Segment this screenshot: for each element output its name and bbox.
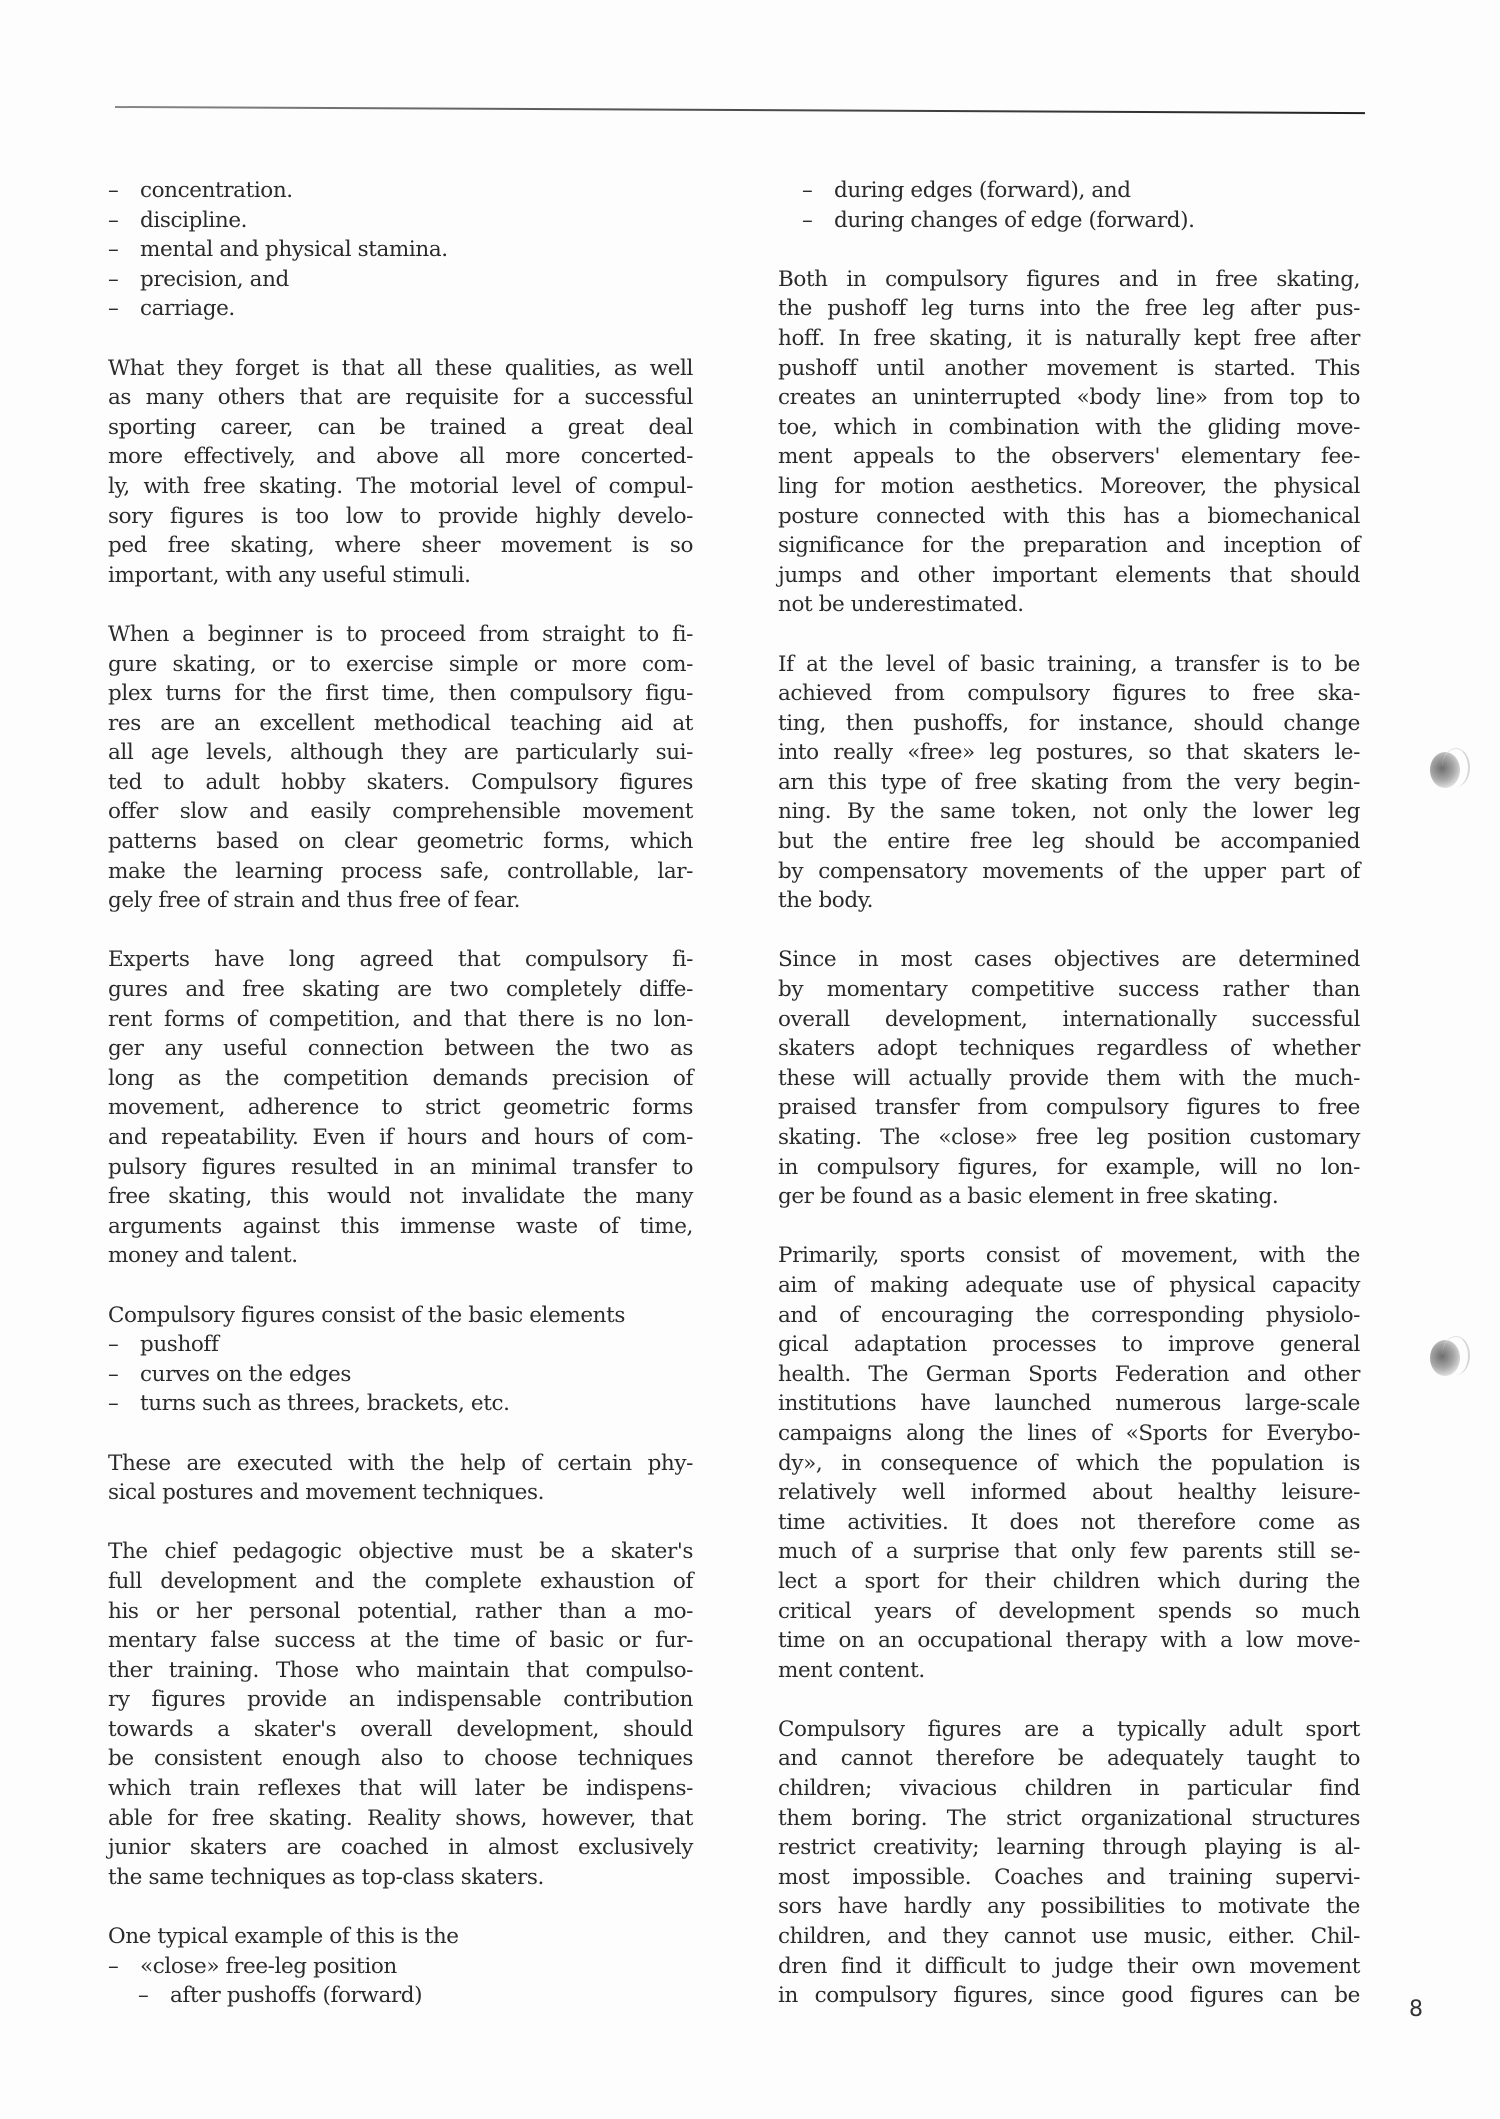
example-sublist: –after pushoffs (forward) [108, 1981, 693, 2011]
dash-bullet: – [108, 176, 140, 206]
dash-bullet: – [138, 1981, 170, 2011]
paragraph-pedagogic-objective: The chief pedagogic objective must be a … [108, 1537, 693, 1892]
list-item: –turns such as threes, brackets, etc. [108, 1389, 693, 1419]
paragraph-basic-elements: Compulsory figures consist of the basic … [108, 1301, 693, 1419]
paragraph-beginner: When a beginner is to proceed from strai… [108, 620, 693, 916]
dash-bullet: – [108, 235, 140, 265]
example-list: –«close» free-leg position [108, 1952, 693, 1982]
page-number: 8 [1409, 1997, 1423, 2022]
list-item: –during changes of edge (forward). [778, 206, 1360, 236]
dash-bullet: – [802, 206, 834, 236]
paragraph-pushoff-leg: Both in compulsory figures and in free s… [778, 265, 1360, 620]
dash-bullet: – [108, 1330, 140, 1360]
list-item: –curves on the edges [108, 1360, 693, 1390]
paragraph-executed: These are executed with the help of cert… [108, 1449, 693, 1508]
paragraph-objectives: Since in most cases objectives are deter… [778, 945, 1360, 1211]
example-sublist-continued: –during edges (forward), and –during cha… [778, 176, 1360, 235]
dash-bullet: – [108, 265, 140, 295]
elements-list: –pushoff –curves on the edges –turns suc… [108, 1330, 693, 1419]
paragraph-experts: Experts have long agreed that compulsory… [108, 945, 693, 1271]
list-item: –pushoff [108, 1330, 693, 1360]
list-item: –during edges (forward), and [778, 176, 1360, 206]
dash-bullet: – [108, 294, 140, 324]
list-item: –mental and physical stamina. [108, 235, 693, 265]
list-item: –after pushoffs (forward) [108, 1981, 693, 2011]
header-rule [115, 106, 1365, 114]
dash-bullet: – [108, 1360, 140, 1390]
paragraph-what-they-forget: What they forget is that all these quali… [108, 354, 693, 591]
list-item: –concentration. [108, 176, 693, 206]
dash-bullet: – [802, 176, 834, 206]
paragraph-basic-training-transfer: If at the level of basic training, a tra… [778, 650, 1360, 916]
left-column: –concentration. –discipline. –mental and… [108, 176, 693, 2011]
paragraph-adult-sport: Compulsory figures are a typically adult… [778, 1715, 1360, 2011]
paragraph-sports-movement: Primarily, sports consist of movement, w… [778, 1241, 1360, 1685]
punch-hole-icon [1430, 752, 1460, 788]
paragraph-typical-example: One typical example of this is the –«clo… [108, 1922, 693, 2011]
dash-bullet: – [108, 1389, 140, 1419]
qualities-list: –concentration. –discipline. –mental and… [108, 176, 693, 324]
right-column: –during edges (forward), and –during cha… [778, 176, 1360, 2040]
list-item: –«close» free-leg position [108, 1952, 693, 1982]
dash-bullet: – [108, 1952, 140, 1982]
list-item: –precision, and [108, 265, 693, 295]
dash-bullet: – [108, 206, 140, 236]
list-item: –discipline. [108, 206, 693, 236]
punch-hole-icon [1430, 1340, 1460, 1376]
list-item: –carriage. [108, 294, 693, 324]
